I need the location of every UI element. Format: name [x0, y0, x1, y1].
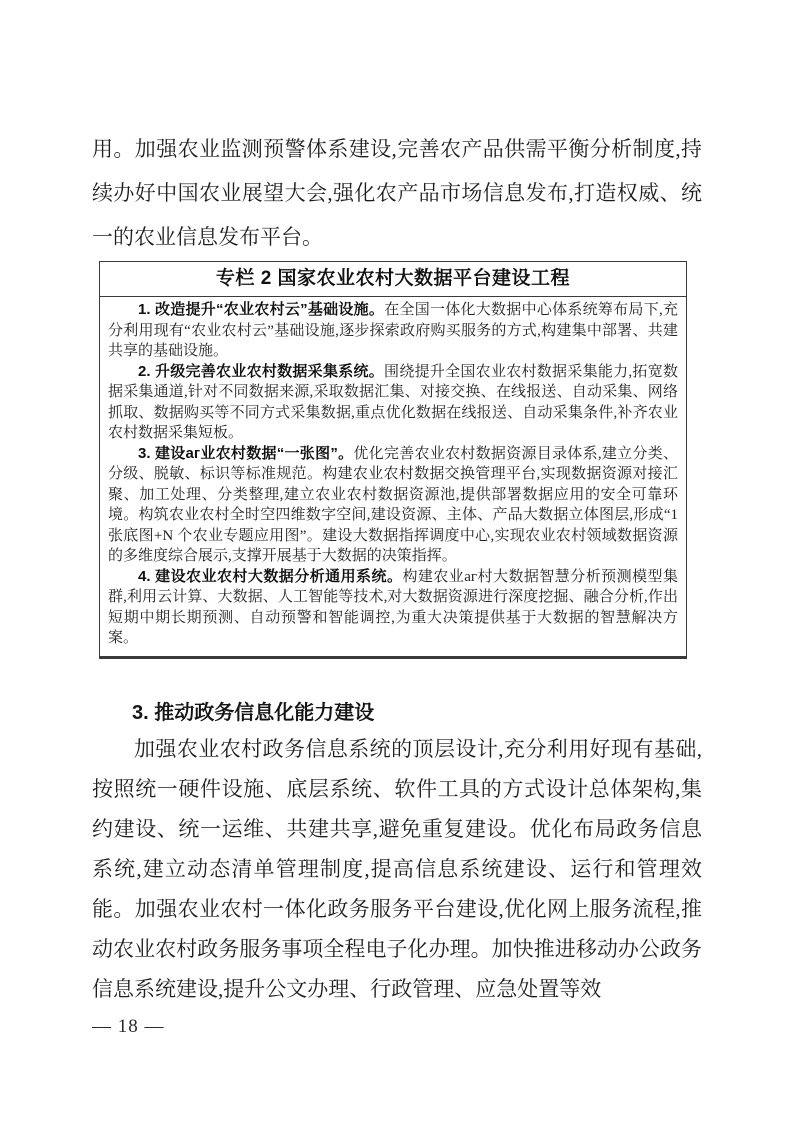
- section-paragraph: 加强农业农村政务信息系统的顶层设计,充分利用好现有基础,按照统一硬件设施、底层系…: [92, 729, 702, 1009]
- column-box-2: 专栏 2 国家农业农村大数据平台建设工程 1. 改造提升“农业农村云”基础设施。…: [99, 261, 687, 659]
- box-item-1: 1. 改造提升“农业农村云”基础设施。在全国一体化大数据中心体系统筹布局下,充分…: [108, 300, 678, 362]
- page-content: 用。加强农业监测预警体系建设,完善农产品供需平衡分析制度,持续办好中国农业展望大…: [92, 127, 702, 1045]
- box-item-3: 3. 建设аг业农村数据“一张图”。优化完善农业农村数据资源目录体系,建立分类、…: [108, 444, 678, 567]
- box-item-4: 4. 建设农业农村大数据分析通用系统。构建农业аг村大数据智慧分析预测模型集群,…: [108, 567, 678, 649]
- box-item-2-lead: 2. 升级完善农业农村数据采集系统。: [138, 363, 384, 380]
- column-box-body: 1. 改造提升“农业农村云”基础设施。在全国一体化大数据中心体系统筹布局下,充分…: [100, 297, 686, 656]
- box-item-4-lead: 4. 建设农业农村大数据分析通用系统。: [138, 568, 402, 585]
- box-item-1-lead: 1. 改造提升“农业农村云”基础设施。: [138, 301, 384, 318]
- box-item-2: 2. 升级完善农业农村数据采集系统。围绕提升全国农业农村数据采集能力,拓宽数据采…: [108, 362, 678, 444]
- section-heading: 3. 推动政务信息化能力建设: [92, 699, 702, 727]
- page-number: — 18 —: [92, 1009, 702, 1045]
- column-box-title: 专栏 2 国家农业农村大数据平台建设工程: [100, 262, 686, 297]
- box-item-3-lead: 3. 建设аг业农村数据“一张图”。: [138, 445, 353, 462]
- intro-paragraph: 用。加强农业监测预警体系建设,完善农产品供需平衡分析制度,持续办好中国农业展望大…: [92, 127, 702, 259]
- box-item-3-body: 优化完善农业农村数据资源目录体系,建立分类、分级、脱敏、标识等标准规范。构建农业…: [108, 446, 678, 565]
- document-page: 用。加强农业监测预警体系建设,完善农产品供需平衡分析制度,持续办好中国农业展望大…: [0, 0, 794, 1123]
